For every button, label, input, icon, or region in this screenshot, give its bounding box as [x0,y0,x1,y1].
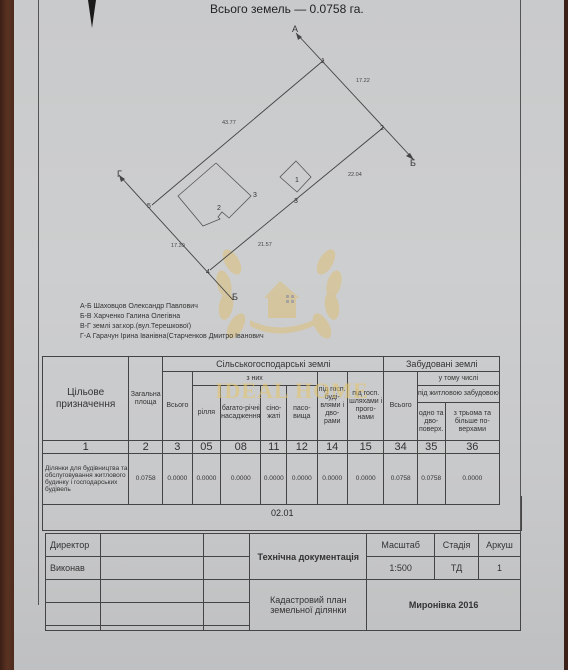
length-2-3: 22.04 [348,172,362,178]
plan-title: Кадастровий план земельної ділянки [250,580,367,631]
neighbors-legend: А-Б Шаховцов Олександр Павлович Б-В Харч… [80,302,264,342]
column-code: 15 [347,441,384,454]
empty-cell [100,626,203,631]
stage-label: Стадія [435,534,479,557]
neighbor-v-g: В-Г землі заг.кор.(вул.Терешкової) [80,322,264,332]
scale-value: 1:500 [367,557,435,580]
stage-value: ТД [435,557,479,580]
point-1: 1 [321,58,325,65]
header-including: у тому числі [417,372,499,386]
column-codes-row: 1 2 3 05 08 11 12 14 15 34 35 36 [43,441,500,454]
column-code: 34 [384,441,417,454]
column-code: 11 [261,441,287,454]
header-single-storey: одно та дво-поверх. [417,403,445,441]
code-section: 02.01 [42,496,522,531]
column-code: 08 [221,441,261,454]
direction-b: Б [410,158,416,168]
header-agricultural: Сільськогосподарські землі [163,357,384,372]
title-block: Директор Технічна документація Масштаб С… [45,533,521,631]
point-4: 4 [206,269,210,276]
empty-cell [46,626,101,631]
length-3-4: 21.57 [258,242,272,248]
column-code: 05 [192,441,220,454]
length-4-5: 17.39 [171,243,185,249]
performer-name-cell [100,557,203,580]
building-label-2: 2 [217,205,221,212]
header-ag-total: Всього [163,372,193,441]
scale-label: Масштаб [367,534,435,557]
column-code: 35 [417,441,445,454]
director-label: Директор [46,534,101,557]
sheet-label: Аркуш [479,534,521,557]
neighbor-g-a: Г-А Гарачун Ірина Іванівна(Старченков Дм… [80,332,264,342]
column-code: 1 [43,441,129,454]
header-built-up: Забудовані землі [384,357,500,372]
doc-type: Технічна документація [250,534,367,580]
sheet-value: 1 [479,557,521,580]
point-5: 5 [147,203,151,210]
director-name-cell [100,534,203,557]
empty-cell [46,603,101,626]
point-3: 3 [294,198,298,205]
direction-b2: Б [232,292,238,302]
empty-cell [100,580,203,603]
performer-label: Виконав [46,557,101,580]
header-purpose: Цільове призначення [43,357,129,441]
building-label-1: 1 [295,177,299,184]
column-code: 12 [287,441,317,454]
watermark-text: IDEAL HOME [215,378,369,404]
header-multi-storey: з трьома та більше по-верхами [445,403,499,441]
empty-cell [46,580,101,603]
length-5-1: 43.77 [222,120,236,126]
point-2: 2 [380,125,384,132]
empty-cell [203,603,250,626]
empty-cell [203,580,250,603]
neighbor-b-v: Б-В Харченко Галина Олегівна [80,312,264,322]
header-built-total: Всього [384,372,417,441]
director-sign-cell [203,534,250,557]
direction-a: А [292,24,298,34]
header-residential: під житловою забудовою [417,386,499,403]
column-code: 3 [163,441,193,454]
empty-cell [203,626,250,631]
building-label-3: 3 [253,192,257,199]
column-code: 14 [317,441,347,454]
column-code: 36 [445,441,499,454]
header-total-area: Загальна площа [129,357,163,441]
empty-cell [100,603,203,626]
document-code: 02.01 [271,508,294,518]
neighbor-a-b: А-Б Шаховцов Олександр Павлович [80,302,264,312]
direction-g: Г [117,169,122,179]
column-code: 2 [129,441,163,454]
performer-sign-cell [203,557,250,580]
length-1-2: 17.22 [356,78,370,84]
location-year: Миронівка 2016 [367,580,521,631]
